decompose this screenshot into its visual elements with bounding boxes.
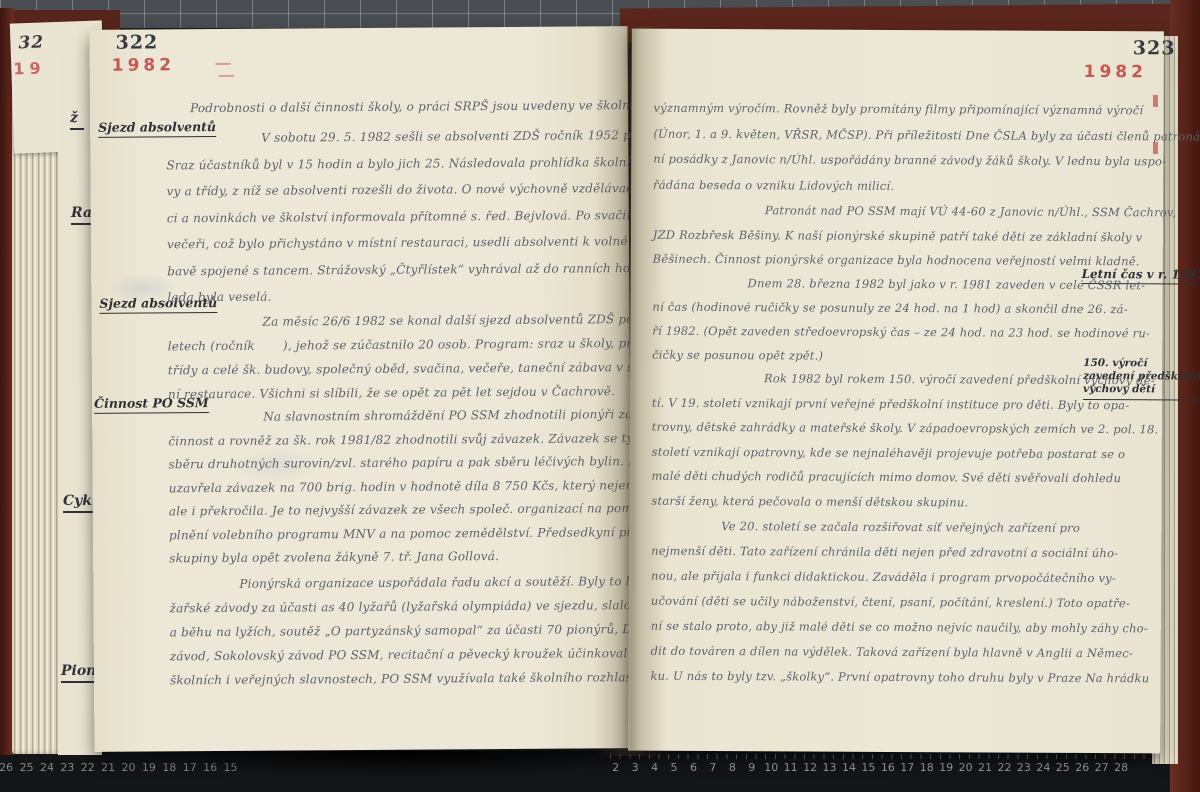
handwritten-line: ci a novinkách ve školství informovala p… bbox=[167, 202, 632, 232]
underlying-page-year-stamp: 19 bbox=[13, 58, 46, 78]
handwritten-line: Na slavnostním shromáždění PO SSM zhodno… bbox=[168, 403, 633, 430]
handwritten-line: ní restaurace. Všichni si slíbili, že se… bbox=[168, 379, 633, 406]
handwritten-line: závod, Sokolovský závod PO SSM, recitačn… bbox=[170, 641, 635, 668]
ruler-number: 25 bbox=[1053, 761, 1072, 774]
paragraph: Na slavnostním shromáždění PO SSM zhodno… bbox=[168, 403, 634, 571]
handwritten-line: skupiny byla opět zvolena žákyně 7. tř. … bbox=[169, 544, 634, 571]
ruler-number: 25 bbox=[16, 761, 36, 774]
left-page-number: 322 bbox=[115, 31, 158, 53]
handwritten-line: Dnem 28. března 1982 byl jako v r. 1981 … bbox=[653, 271, 1101, 297]
left-page-year-stamp: 1982 bbox=[112, 55, 175, 75]
ruler-number: 8 bbox=[723, 761, 742, 774]
handwritten-line: řádána beseda o vzniku Lidových milicí. bbox=[653, 172, 1101, 200]
paragraph: Rok 1982 byl rokem 150. výročí zavedení … bbox=[651, 366, 1100, 515]
ruler-number: 21 bbox=[975, 761, 994, 774]
handwritten-line: ku. U nás to byly tzv. „školky“. První o… bbox=[650, 664, 1098, 691]
ruler-number: 19 bbox=[936, 761, 955, 774]
handwritten-line: Běšinech. Činnost pionýrské organizace b… bbox=[653, 247, 1101, 274]
handwritten-line: a běhu na lyžích, soutěž „O partyzánský … bbox=[170, 617, 635, 644]
page-stack-fore-edge bbox=[12, 48, 64, 754]
red-pencil-mark bbox=[219, 75, 234, 77]
ruler-number: 22 bbox=[995, 761, 1014, 774]
handwritten-line: Pionýrská organizace uspořádala řadu akc… bbox=[169, 569, 634, 596]
handwritten-line: tí. V 19. století vznikají první veřejné… bbox=[652, 390, 1100, 417]
underlying-page-number: 32 bbox=[18, 32, 44, 53]
right-page-year-stamp: 1982 bbox=[1084, 62, 1147, 82]
handwritten-line: třídy a celé šk. budovy, společný oběd, … bbox=[168, 355, 633, 382]
ruler-bottom: 262524232221201918171615 234567891011121… bbox=[0, 751, 1200, 792]
handwritten-line: Podrobnosti o další činnosti školy, o pr… bbox=[166, 92, 631, 121]
ruler-number: 20 bbox=[956, 761, 975, 774]
ruler-numbers-right: 2345678910111213141516171819202122232425… bbox=[606, 761, 1131, 774]
right-page-number: 323 bbox=[1133, 37, 1176, 59]
handwritten-line: uzavřela závazek na 700 brig. hodin v ho… bbox=[169, 474, 634, 501]
handwritten-line: dit do továren a dílen na výdělek. Takov… bbox=[651, 639, 1099, 666]
handwritten-line: bavě spojené s tancem. Strážovský „Čtyřl… bbox=[167, 255, 632, 285]
handwritten-line: malé děti chudých rodičů pracujících mim… bbox=[651, 464, 1099, 491]
right-page: 323 1982 Letní čas v r. 1982 150. výročí… bbox=[628, 29, 1164, 754]
handwritten-line: školních i veřejných slavnostech, PO SSM… bbox=[170, 665, 635, 692]
ruler-number: 24 bbox=[1034, 761, 1053, 774]
handwritten-line: činnost a rovněž za šk. rok 1981/82 zhod… bbox=[168, 427, 633, 454]
ruler-number: 7 bbox=[703, 761, 722, 774]
left-page: 322 1982 Sjezd absolventů Sjezd absolven… bbox=[89, 26, 632, 752]
handwritten-line: ale i překročila. Je to nejvyšší závazek… bbox=[169, 497, 634, 524]
handwritten-line: vy a třídy, z níž se absolventi rozešli … bbox=[167, 175, 632, 205]
red-edge-mark bbox=[1153, 95, 1158, 107]
book-contact-shadow bbox=[150, 751, 660, 775]
handwritten-line: JZD Rozbřesk Běšiny. K naší pionýrské sk… bbox=[653, 222, 1101, 249]
handwritten-line: trovny, dětské zahrádky a mateřské školy… bbox=[652, 415, 1100, 442]
handwritten-line: ní se stalo proto, aby již malé děti se … bbox=[651, 614, 1099, 641]
red-pencil-mark bbox=[216, 63, 231, 65]
ruler-number: 21 bbox=[98, 761, 118, 774]
handwritten-line: starší ženy, která pečovala o menší děts… bbox=[651, 488, 1099, 515]
ruler-number: 23 bbox=[57, 761, 77, 774]
handwritten-line: lada byla veselá. bbox=[167, 281, 632, 311]
handwritten-line: významným výročím. Rovněž byly promítány… bbox=[653, 96, 1101, 124]
paragraph: V sobotu 29. 5. 1982 sešli se absolventi… bbox=[166, 122, 632, 311]
ruler-number: 10 bbox=[762, 761, 781, 774]
ruler-number: 27 bbox=[1092, 761, 1111, 774]
paragraph: Dnem 28. března 1982 byl jako v r. 1981 … bbox=[652, 271, 1100, 369]
handwritten-line: nou, ale přijala i funkci didaktickou. Z… bbox=[651, 564, 1099, 591]
chronicle-book-scan: 32 19 ž Rall Cykl Pion 322 1982 Sjezd ab… bbox=[0, 0, 1200, 792]
handwritten-line: učování (děti se učily náboženství, čten… bbox=[651, 589, 1099, 616]
paragraph: Patronát nad PO SSM mají VÚ 44-60 z Jano… bbox=[653, 198, 1101, 274]
paragraph: Za měsíc 26/6 1982 se konal další sjezd … bbox=[167, 307, 633, 406]
paragraph: Ve 20. století se začala rozšiřovat síť … bbox=[650, 514, 1099, 691]
ruler-number: 22 bbox=[78, 761, 98, 774]
handwritten-line: plnění volebního programu MNV a na pomoc… bbox=[169, 521, 634, 548]
handwritten-line: století vznikají opatrovny, kde se nejna… bbox=[652, 439, 1100, 466]
red-edge-mark bbox=[1153, 142, 1158, 154]
handwritten-line: Ve 20. století se začala rozšiřovat síť … bbox=[651, 514, 1099, 541]
handwritten-line: sběru druhotných surovin/zvl. starého pa… bbox=[168, 450, 633, 477]
handwritten-line: V sobotu 29. 5. 1982 sešli se absolventi… bbox=[166, 122, 631, 152]
handwritten-line: Za měsíc 26/6 1982 se konal další sjezd … bbox=[167, 307, 632, 334]
ruler-number: 5 bbox=[664, 761, 683, 774]
handwritten-line: ní posádky z Janovic n/Úhl. uspořádány b… bbox=[653, 147, 1101, 175]
ruler-number: 12 bbox=[800, 761, 819, 774]
paragraph: Pionýrská organizace uspořádala řadu akc… bbox=[169, 569, 635, 692]
ruler-number: 11 bbox=[781, 761, 800, 774]
ruler-number: 23 bbox=[1014, 761, 1033, 774]
handwritten-line: ří 1982. (Opět zaveden středoevropský ča… bbox=[652, 319, 1100, 345]
paragraph: Podrobnosti o další činnosti školy, o pr… bbox=[166, 92, 631, 121]
ruler-number: 16 bbox=[878, 761, 897, 774]
ruler-number: 14 bbox=[839, 761, 858, 774]
ruler-number: 17 bbox=[898, 761, 917, 774]
handwritten-line: nejmenší děti. Tato zařízení chránila dě… bbox=[651, 539, 1099, 566]
ruler-number: 26 bbox=[0, 761, 16, 774]
ruler-number: 26 bbox=[1073, 761, 1092, 774]
ruler-number: 9 bbox=[742, 761, 761, 774]
ruler-number: 13 bbox=[820, 761, 839, 774]
ruler-number: 15 bbox=[859, 761, 878, 774]
ruler-number: 18 bbox=[917, 761, 936, 774]
handwritten-line: Sraz účastníků byl v 15 hodin a bylo jic… bbox=[166, 149, 631, 179]
ruler-number: 24 bbox=[37, 761, 57, 774]
handwritten-line: žařské závody za účasti as 40 lyžařů (ly… bbox=[169, 593, 634, 620]
ruler-number: 20 bbox=[118, 761, 138, 774]
handwritten-line: ní čas (hodinové ručičky se posunuly ze … bbox=[652, 295, 1100, 321]
handwritten-line: (Únor, 1. a 9. květen, VŘSR, MČSP). Při … bbox=[653, 121, 1101, 149]
ruler-number: 6 bbox=[684, 761, 703, 774]
ruler-number: 28 bbox=[1111, 761, 1130, 774]
margin-heading-fragment: ž bbox=[70, 110, 84, 130]
handwritten-line: letech (ročník ), jehož se zúčastnilo 20… bbox=[168, 331, 633, 358]
handwritten-line: večeři, což bylo přichystáno v místní re… bbox=[167, 228, 632, 258]
handwritten-line: Rok 1982 byl rokem 150. výročí zavedení … bbox=[652, 366, 1100, 393]
handwritten-line: Patronát nad PO SSM mají VÚ 44-60 z Jano… bbox=[653, 198, 1101, 225]
paragraph: významným výročím. Rovněž byly promítány… bbox=[653, 96, 1102, 200]
